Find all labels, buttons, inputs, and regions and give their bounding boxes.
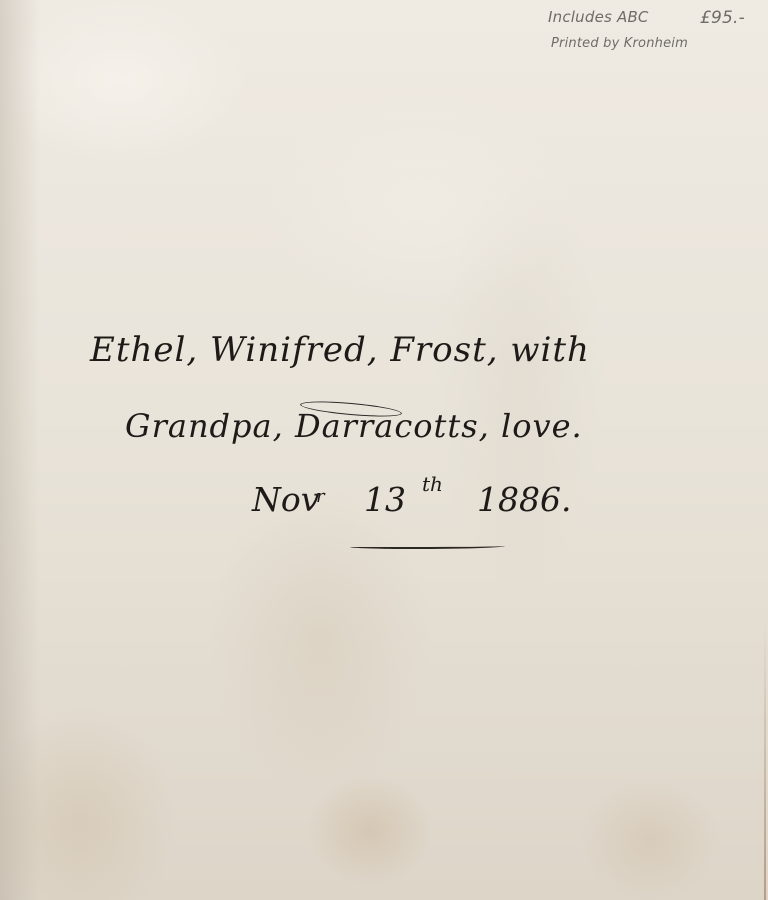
pencil-note-includes: Includes ABC xyxy=(548,8,649,26)
page-shadow xyxy=(0,0,40,900)
date-month: Nov xyxy=(252,480,319,519)
date-month-suffix: r xyxy=(316,486,325,507)
date-day-suffix: th xyxy=(422,472,443,496)
pencil-note-printer: Printed by Kronheim xyxy=(551,36,688,51)
book-page: Includes ABC Printed by Kronheim £95.- E… xyxy=(0,0,768,900)
inscription-line-1: Ethel, Winifred, Frost, with xyxy=(90,330,590,370)
inscription-line-2: Grandpa, Darracotts, love. xyxy=(125,407,583,445)
pencil-price: £95.- xyxy=(700,8,745,28)
page-edge xyxy=(764,620,766,900)
date-underline xyxy=(350,544,505,549)
date-year: 1886. xyxy=(477,480,571,519)
date-day: 13 xyxy=(364,480,406,519)
